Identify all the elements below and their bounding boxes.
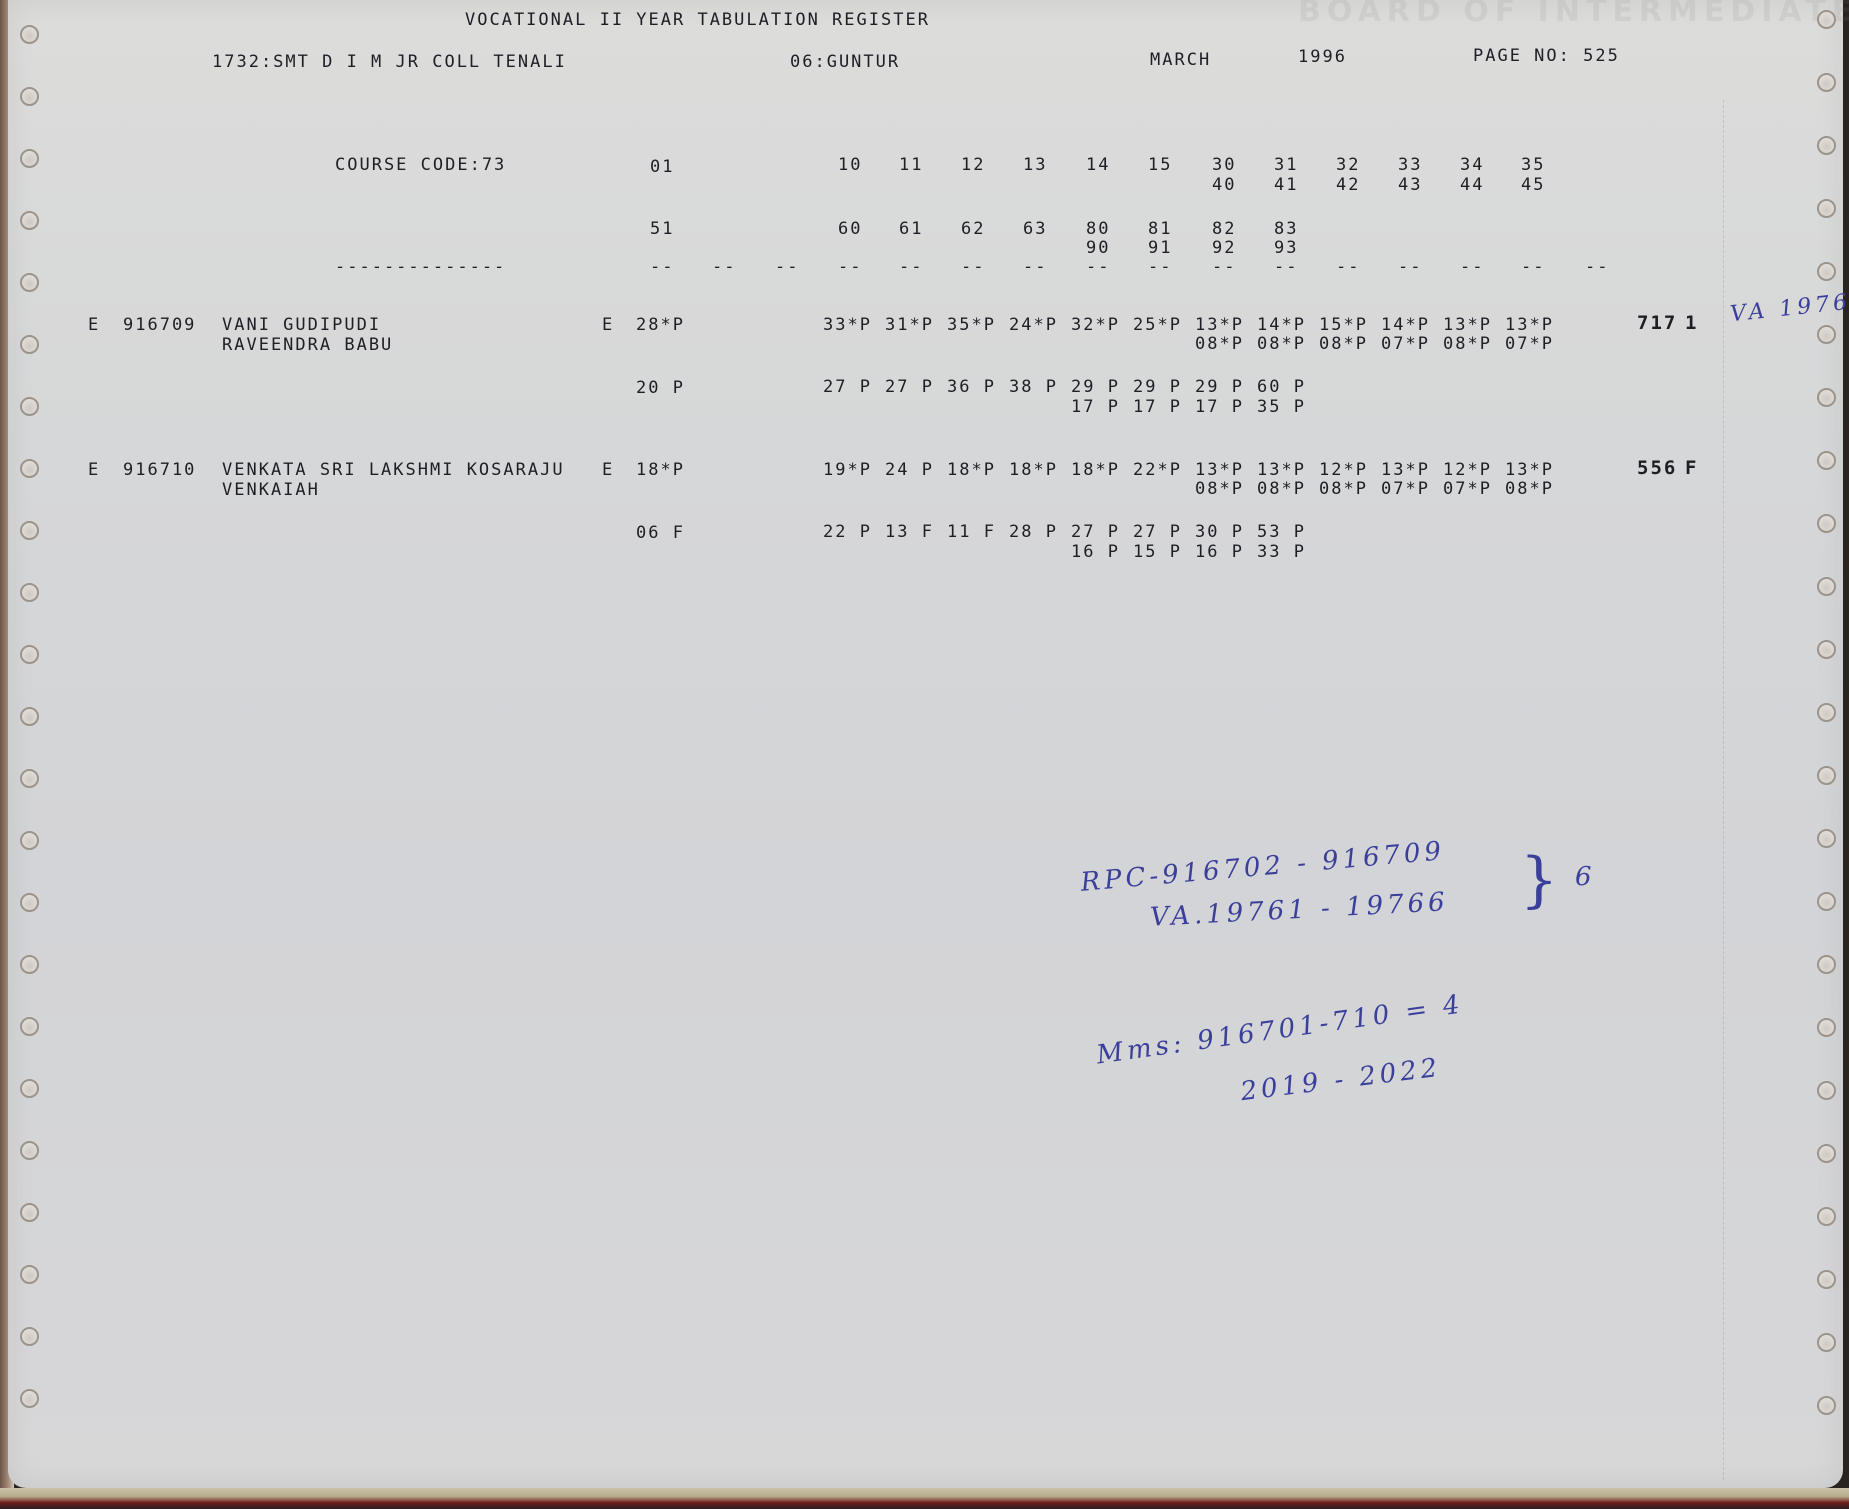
tractor-feed-hole [1817, 199, 1836, 218]
col-header-15: 15 [1148, 155, 1172, 175]
column-divider-dash: -- [1585, 257, 1609, 277]
name-underline: -------------- [335, 257, 506, 277]
tractor-feed-hole [20, 893, 39, 912]
mark-year1: 18*P [1071, 460, 1120, 480]
mark-year1: 31*P [885, 315, 934, 335]
mark-year2-sub: 35 P [1257, 397, 1306, 417]
col-header-11: 11 [899, 155, 923, 175]
mark-year1-sub: 07*P [1381, 334, 1430, 354]
mark-year1: 13*P [1443, 315, 1492, 335]
mark-year1: 13*P [1195, 315, 1244, 335]
mark-year1: 25*P [1133, 315, 1182, 335]
tractor-feed-hole [1817, 892, 1836, 911]
tractor-feed-hole [1817, 1333, 1836, 1352]
mark-year2: 38 P [1009, 377, 1058, 397]
mark-year2: 30 P [1195, 522, 1244, 542]
column-divider-dash: -- [899, 257, 923, 277]
tractor-feed-hole [20, 1141, 39, 1160]
tractor-feed-hole [1817, 1081, 1836, 1100]
mark-year2: 27 P [885, 377, 934, 397]
mark-year2: 36 P [947, 377, 996, 397]
tractor-feed-hole [20, 273, 39, 292]
col-header-33: 33 [1398, 155, 1422, 175]
col-header-83: 83 [1274, 219, 1298, 239]
column-divider-dash: -- [1274, 257, 1298, 277]
col-header-31: 31 [1274, 155, 1298, 175]
mark-year2-sub: 15 P [1133, 542, 1182, 562]
tractor-feed-hole [1817, 451, 1836, 470]
mark-year1-sub: 08*P [1443, 334, 1492, 354]
mark-51: 06 F [636, 523, 685, 543]
column-divider-dash: -- [712, 257, 736, 277]
tractor-feed-hole [1817, 73, 1836, 92]
tractor-feed-hole [20, 831, 39, 850]
hall-ticket-number: 916709 [123, 315, 196, 335]
tractor-feed-hole [20, 1079, 39, 1098]
tractor-feed-hole [1817, 1018, 1836, 1037]
mark-year1: 15*P [1319, 315, 1368, 335]
mark-year1-sub: 07*P [1381, 479, 1430, 499]
father-name: RAVEENDRA BABU [222, 335, 393, 355]
mark-year1: 13*P [1195, 460, 1244, 480]
mark-year1-sub: 07*P [1505, 334, 1554, 354]
tractor-feed-hole [1817, 136, 1836, 155]
mark-year1-sub: 08*P [1257, 334, 1306, 354]
tractor-feed-hole [1817, 10, 1836, 29]
col-header-93: 93 [1274, 238, 1298, 258]
tractor-feed-hole [20, 1265, 39, 1284]
hall-ticket-number: 916710 [123, 460, 196, 480]
mark-year1: 24 P [885, 460, 934, 480]
district-name: 06:GUNTUR [790, 52, 900, 72]
mark-year1: 13*P [1257, 460, 1306, 480]
col-header-51: 51 [650, 219, 674, 239]
tractor-feed-hole [20, 211, 39, 230]
mark-year2: 53 P [1257, 522, 1306, 542]
student-name: VANI GUDIPUDI [222, 315, 381, 335]
tractor-feed-hole [20, 1203, 39, 1222]
medium-code: E [602, 460, 614, 480]
mark-year1-sub: 08*P [1505, 479, 1554, 499]
mark-year2-sub: 17 P [1133, 397, 1182, 417]
column-divider-dash: -- [1212, 257, 1236, 277]
mark-year2: 22 P [823, 522, 872, 542]
col-header-90: 90 [1086, 238, 1110, 258]
tractor-feed-hole [20, 335, 39, 354]
column-divider-dash: -- [775, 257, 799, 277]
tractor-feed-hole [20, 645, 39, 664]
mark-year2: 28 P [1009, 522, 1058, 542]
mark-01: 18*P [636, 460, 685, 480]
mark-year1: 19*P [823, 460, 872, 480]
mark-year1: 13*P [1505, 460, 1554, 480]
mark-year2-sub: 16 P [1195, 542, 1244, 562]
mark-year1: 35*P [947, 315, 996, 335]
col-header-45: 45 [1521, 175, 1545, 195]
col-header-41: 41 [1274, 175, 1298, 195]
result-code: 1 [1685, 313, 1698, 333]
mark-year1: 18*P [947, 460, 996, 480]
handwritten-count: 6 [1575, 862, 1596, 892]
tractor-feed-hole [20, 87, 39, 106]
mark-year1: 13*P [1381, 460, 1430, 480]
col-header-91: 91 [1148, 238, 1172, 258]
watermark-text: BOARD OF INTERMEDIATE ... ABAD [1298, 0, 1849, 29]
col-header-40: 40 [1212, 175, 1236, 195]
mark-year1: 24*P [1009, 315, 1058, 335]
tractor-feed-hole [1817, 514, 1836, 533]
tractor-feed-hole [1817, 703, 1836, 722]
mark-year1-sub: 08*P [1257, 479, 1306, 499]
tractor-feed-hole [20, 769, 39, 788]
tractor-feed-hole [1817, 1270, 1836, 1289]
tractor-feed-hole [1817, 1396, 1836, 1415]
mark-year1: 12*P [1319, 460, 1368, 480]
col-header-30: 30 [1212, 155, 1236, 175]
tractor-feed-hole [20, 1327, 39, 1346]
total-marks: 717 [1637, 313, 1677, 333]
tractor-feed-hole [20, 521, 39, 540]
col-header-82: 82 [1212, 219, 1236, 239]
column-divider-dash: -- [1086, 257, 1110, 277]
mark-year2: 29 P [1071, 377, 1120, 397]
col-header-62: 62 [961, 219, 985, 239]
col-header-12: 12 [961, 155, 985, 175]
column-divider-dash: -- [1148, 257, 1172, 277]
student-name: VENKATA SRI LAKSHMI KOSARAJU [222, 460, 565, 480]
mark-year2-sub: 16 P [1071, 542, 1120, 562]
mark-year1-sub: 08*P [1319, 334, 1368, 354]
col-header-13: 13 [1023, 155, 1047, 175]
mark-year1: 18*P [1009, 460, 1058, 480]
mark-year2-sub: 33 P [1257, 542, 1306, 562]
tractor-feed-hole [20, 149, 39, 168]
tractor-feed-hole [1817, 325, 1836, 344]
col-header-42: 42 [1336, 175, 1360, 195]
col-header-92: 92 [1212, 238, 1236, 258]
page-number: PAGE NO: 525 [1473, 46, 1620, 66]
mark-year2: 29 P [1195, 377, 1244, 397]
mark-51: 20 P [636, 378, 685, 398]
column-divider-dash: -- [961, 257, 985, 277]
column-divider-dash: -- [1521, 257, 1545, 277]
column-divider-dash: -- [650, 257, 674, 277]
column-divider-dash: -- [1398, 257, 1422, 277]
col-header-34: 34 [1460, 155, 1484, 175]
tractor-feed-hole [20, 707, 39, 726]
tractor-feed-hole [1817, 955, 1836, 974]
mark-year1: 14*P [1381, 315, 1430, 335]
mark-year1: 33*P [823, 315, 872, 335]
col-header-14: 14 [1086, 155, 1110, 175]
mark-year1: 22*P [1133, 460, 1182, 480]
col-header-63: 63 [1023, 219, 1047, 239]
mark-year2: 27 P [823, 377, 872, 397]
mark-year2: 11 F [947, 522, 996, 542]
tractor-feed-hole [20, 459, 39, 478]
college-name: 1732:SMT D I M JR COLL TENALI [212, 52, 567, 72]
tractor-feed-hole [1817, 829, 1836, 848]
tractor-feed-hole [20, 25, 39, 44]
mark-year1: 13*P [1505, 315, 1554, 335]
col-header-81: 81 [1148, 219, 1172, 239]
mark-year1-sub: 08*P [1195, 479, 1244, 499]
register-page: BOARD OF INTERMEDIATE ... ABAD [8, 0, 1843, 1488]
student-category: E [88, 460, 100, 480]
student-category: E [88, 315, 100, 335]
course-code: COURSE CODE:73 [335, 155, 506, 175]
perforation-line [1723, 100, 1724, 1480]
mark-year2: 13 F [885, 522, 934, 542]
tractor-feed-hole [20, 397, 39, 416]
tractor-feed-hole [1817, 577, 1836, 596]
column-divider-dash: -- [1023, 257, 1047, 277]
column-divider-dash: -- [1336, 257, 1360, 277]
mark-year2: 27 P [1133, 522, 1182, 542]
exam-year: 1996 [1298, 47, 1347, 67]
exam-month: MARCH [1150, 50, 1211, 70]
col-header-32: 32 [1336, 155, 1360, 175]
col-header-60: 60 [838, 219, 862, 239]
tractor-feed-hole [1817, 640, 1836, 659]
mark-year1-sub: 08*P [1319, 479, 1368, 499]
mark-01: 28*P [636, 315, 685, 335]
total-marks: 556 [1637, 458, 1677, 478]
tractor-feed-hole [20, 1017, 39, 1036]
tractor-feed-hole [20, 955, 39, 974]
mark-year1: 12*P [1443, 460, 1492, 480]
tractor-feed-hole [1817, 766, 1836, 785]
result-code: F [1685, 458, 1698, 478]
column-divider-dash: -- [838, 257, 862, 277]
tractor-feed-hole [20, 1389, 39, 1408]
handwritten-brace: } [1520, 845, 1562, 915]
col-header-43: 43 [1398, 175, 1422, 195]
mark-year1: 14*P [1257, 315, 1306, 335]
register-title: VOCATIONAL II YEAR TABULATION REGISTER [465, 10, 930, 30]
tractor-feed-hole [1817, 1144, 1836, 1163]
mark-year2-sub: 17 P [1071, 397, 1120, 417]
mark-year1-sub: 07*P [1443, 479, 1492, 499]
page-bottom-edge [0, 1488, 1849, 1509]
father-name: VENKAIAH [222, 480, 320, 500]
mark-year1-sub: 08*P [1195, 334, 1244, 354]
tractor-feed-hole [20, 583, 39, 602]
mark-year2-sub: 17 P [1195, 397, 1244, 417]
tractor-feed-hole [1817, 388, 1836, 407]
mark-year1: 32*P [1071, 315, 1120, 335]
mark-year2: 27 P [1071, 522, 1120, 542]
tractor-feed-hole [1817, 1207, 1836, 1226]
mark-year2: 60 P [1257, 377, 1306, 397]
mark-year2: 29 P [1133, 377, 1182, 397]
col-header-35: 35 [1521, 155, 1545, 175]
tractor-feed-hole [1817, 262, 1836, 281]
col-header-61: 61 [899, 219, 923, 239]
medium-code: E [602, 315, 614, 335]
col-header-10: 10 [838, 155, 862, 175]
col-header-80: 80 [1086, 219, 1110, 239]
col-header-01: 01 [650, 157, 674, 177]
col-header-44: 44 [1460, 175, 1484, 195]
column-divider-dash: -- [1460, 257, 1484, 277]
